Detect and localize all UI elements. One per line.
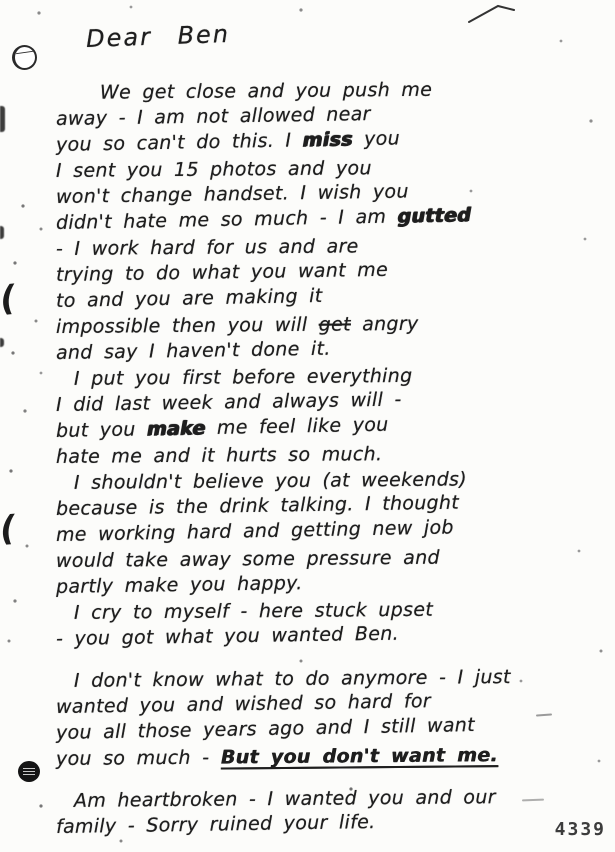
- scan-noise-speckles: [0, 0, 2, 2]
- edge-smudge: [0, 338, 4, 347]
- hole-punch-mark-bottom: [18, 761, 40, 782]
- salutation: Dear Ben: [86, 5, 602, 55]
- line-text: you: [353, 127, 401, 150]
- handwritten-letter: Dear Ben We get close and you push me aw…: [56, 14, 601, 840]
- paragraph-6: Am heartbroken - I wanted you and our fa…: [56, 788, 601, 840]
- line-text: impossible then you will: [56, 314, 319, 338]
- paragraph-2: I put you first before everything I did …: [56, 366, 601, 470]
- overwritten-word: miss: [302, 128, 353, 151]
- edge-smudge: [0, 106, 5, 132]
- paragraph-4: I cry to myself - here stuck upset - you…: [56, 600, 601, 652]
- line-text: angry: [351, 313, 419, 336]
- overwritten-word: make: [147, 417, 206, 440]
- scanned-letter-page: ( ( Dear Ben We get close and you push m…: [0, 0, 615, 852]
- paragraph-5: I don't know what to do anymore - I just…: [56, 668, 601, 772]
- line-text: you so can't do this. I: [56, 129, 303, 156]
- paragraph-1: We get close and you push me away - I am…: [56, 80, 601, 366]
- margin-pen-mark: (: [0, 511, 17, 546]
- edge-smudge: [0, 226, 4, 239]
- letter-line: you so much - But you don't want me.: [56, 741, 601, 772]
- line-text: you so much -: [56, 747, 221, 770]
- paragraph-3: I shouldn't believe you (at weekends) be…: [56, 470, 601, 600]
- struck-word: get: [319, 313, 351, 335]
- hole-punch-stripes: [23, 768, 35, 776]
- line-text: me feel like you: [205, 414, 388, 440]
- hole-punch-chord: [16, 51, 33, 54]
- line-text: didn't hate me so much - I am: [56, 205, 398, 234]
- page-number-stamp: 4339: [555, 819, 606, 840]
- overwritten-word: gutted: [397, 204, 471, 227]
- line-text: but you: [56, 418, 147, 442]
- margin-pen-mark: (: [0, 281, 17, 316]
- hole-punch-mark-top: [12, 45, 37, 70]
- underlined-phrase: But you don't want me.: [221, 744, 498, 768]
